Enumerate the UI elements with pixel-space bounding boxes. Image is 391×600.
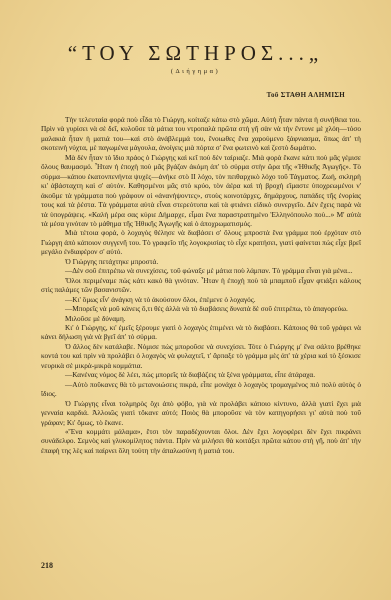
story-body: Τὴν τελευταία φορά ποὺ εἶδα τὸ Γιώργη, κ… <box>41 115 361 455</box>
paragraph: Ὁ Γιώργης εἶναι τολμηρὸς ὄχι ἀπὸ φόβο, γ… <box>41 399 361 427</box>
paragraph: Μιὰ τέτοια φορά, ὁ λοχαγὸς θέλησε νὰ δια… <box>41 228 361 256</box>
paragraph: —Κι' ὅμως εἶν' ἀνάγκη νὰ τὸ ἀκούσουν ὅλο… <box>41 295 361 304</box>
author-byline: Τοῦ ΣΤΑΘΗ ΑΛΗΜΙΣΗ <box>267 91 345 99</box>
paragraph: —Μπορεῖς νὰ μοῦ κάνεις ὅ,τι θὲς ἀλλὰ νὰ … <box>41 304 361 313</box>
paragraph: Κι' ὁ Γιώργης, κι' ἐμεῖς ξέρουμε γιατὶ ὁ… <box>41 323 361 342</box>
paragraph: «Ἕνα κομμάτι μάλαμα», ἔτσι τὸν παραδέχου… <box>41 427 361 455</box>
paragraph: Μὰ δὲν ἦταν τὸ ἴδιο πράος ὁ Γιώργης καὶ … <box>41 153 361 229</box>
story-subtitle: (Διήγημα) <box>0 68 391 75</box>
book-page: “ΤΟΥ ΣΩΤΗΡΟΣ...„ (Διήγημα) Τοῦ ΣΤΑΘΗ ΑΛΗ… <box>0 0 391 600</box>
paragraph: Τὴν τελευταία φορά ποὺ εἶδα τὸ Γιώργη, κ… <box>41 115 361 153</box>
paragraph: Ὁ ἄλλος δὲν κατάλαβε. Νόμισε πὼς μποροῦσ… <box>41 342 361 370</box>
paragraph: —Δὲν σοῦ ἐπιτρέπω νὰ συνεχίσεις, τοῦ φών… <box>41 266 361 275</box>
paragraph: Ὅλοι περιμέναμε πὼς κάτι κακὸ θὰ γινόταν… <box>41 276 361 295</box>
paragraph: Ὁ Γιώργης πετάχτηκε μπροστά. <box>41 257 361 266</box>
paragraph: Μιλοῦσε μὲ δύναμη. <box>41 314 361 323</box>
page-number: 218 <box>41 561 53 570</box>
paragraph: —Αὐτὸ ποὔκανες θὰ τὸ μετανοιώσεις πικρά,… <box>41 380 361 399</box>
paragraph: —Κανένας νόμος δὲ λέει, πὼς μπορεῖς τὰ δ… <box>41 370 361 379</box>
story-title: “ΤΟΥ ΣΩΤΗΡΟΣ...„ <box>0 41 391 66</box>
